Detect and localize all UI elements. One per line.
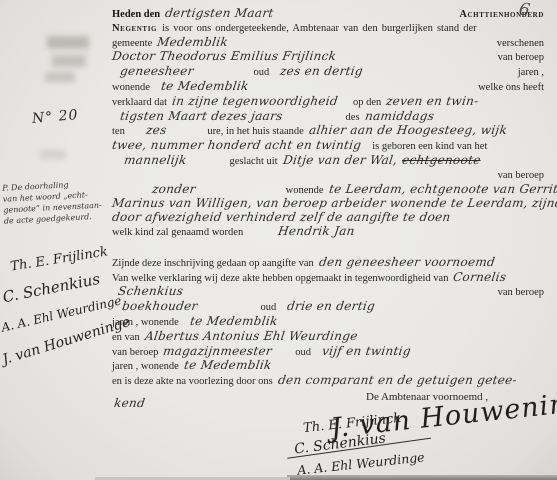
body-line: geneesheeroudzes en dertigjaren , [112,65,544,80]
handwritten-text: twee, nummer honderd acht en twintig [111,139,362,153]
body-line: verklaard datin zijne tegenwoordigheidop… [112,95,544,110]
handwritten-text: Medemblik [156,36,229,50]
handwritten-text: te Medemblik [189,315,278,329]
handwritten-text: in zijne tegenwoordigheid [171,95,339,109]
printed-text: jaren , wonende [112,360,179,374]
handwritten-text: zonder [151,183,197,197]
handwritten-text: boekhouder [121,300,198,314]
printed-text: Zijnde deze inschrijving gedaan op aangi… [112,257,314,271]
handwritten-text: zes en dertig [279,65,364,79]
handwritten-text: zes [145,124,167,138]
handwritten-text: Ditje van der Wal, [282,154,398,168]
printed-text: oud [260,301,276,315]
handwritten-text: kend [113,397,146,411]
scan-bottom-shadow [287,475,557,480]
body-line: boekhouderouddrie en dertig [112,300,544,315]
handwritten-text: Hendrik Jan [277,225,356,239]
handwritten-text: echtgenoote [401,154,482,168]
printed-text: welke ons heeft [478,81,544,95]
handwritten-text: magazijnmeester [162,345,273,359]
printed-text: verschenen [497,37,544,51]
body-line: Schenkiusvan beroep [112,285,544,300]
handwritten-text: te Medemblik [160,80,249,94]
printed-text: en van [112,331,140,345]
printed-text: van beroep [498,51,544,65]
handwritten-text: mannelijk [123,154,187,168]
printed-text: oud [254,66,270,80]
body-line: mannelijkgeslacht uitDitje van der Wal,e… [112,154,544,169]
printed-text: jaren , [518,66,544,80]
handwritten-text: vijf en twintig [321,345,412,359]
body-line: en vanAlbertus Antonius Ehl Weurdinge [112,330,544,345]
scan-smudge [52,55,86,67]
printed-text: jaren , wonende [112,316,179,330]
handwritten-text: drie en dertig [286,300,376,314]
printed-text: Achttienhonderd [459,8,544,22]
handwritten-text: zeven en twin- [385,95,479,109]
handwritten-text: namiddags [364,110,435,124]
handwritten-text: tigsten Maart dezes jaars [119,110,283,124]
body-line: van beroep [112,169,544,183]
body-line: Zijnde deze inschrijving gedaan op aangi… [112,256,544,271]
printed-text: van beroep [498,169,544,183]
body-line: jaren , wonendete Medemblik [112,315,544,330]
body-line: Heden dendertigsten MaartAchttienhonderd [112,7,544,22]
body-line: wonendete Medemblikwelke ons heeft [112,80,544,95]
handwritten-text: Albertus Antonius Ehl Weurdinge [144,330,359,344]
printed-text: Negentig [112,22,157,36]
handwritten-text: dertigsten Maart [164,7,274,21]
printed-text: is geboren een kind van het [372,140,487,154]
printed-text: Heden den [112,8,160,22]
body-line: Negentigis voor ons ondergeteekende, Amb… [112,22,544,36]
body-line: twee, nummer honderd acht en twintigis g… [112,139,544,154]
body-line: door afwezigheid verhinderd zelf de aang… [112,211,544,225]
body-line: van beroepmagazijnmeesteroudvijf en twin… [112,345,544,360]
handwritten-text: alhier aan de Hoogesteeg, wijk [308,124,508,138]
deed-page: 6 N° 20 P. De doorhalingvan het woord „e… [0,0,557,480]
body-line: Doctor Theodorus Emilius Frijlinckvan be… [112,50,544,65]
printed-text: verklaard dat [112,96,167,110]
handwritten-text: Schenkius [117,285,184,299]
handwritten-text: te Leerdam, echtgenoote van Gerrit [328,183,557,197]
printed-text: welk kind zal genaamd worden [112,226,243,240]
printed-text: is voor ons ondergeteekende, Ambtenaar v… [162,22,477,36]
printed-text: en is deze akte na voorlezing door ons [112,375,273,389]
deed-body: Heden dendertigsten MaartAchttienhonderd… [112,7,544,411]
printed-text: van beroep [112,346,158,360]
body-line: tenzesure, in het huis staandealhier aan… [112,124,544,139]
act-number: N° 20 [31,107,79,127]
handwritten-text: Cornelis [452,271,507,285]
handwritten-text: door afwezigheid verhinderd zelf de aang… [111,211,451,225]
margin-note: P. De doorhalingvan het woord „echt-geno… [2,177,108,226]
handwritten-text: Doctor Theodorus Emilius Frijlinck [111,50,337,64]
printed-text: op den [353,96,381,110]
printed-text: van beroep [498,286,544,300]
scan-smudge [47,36,89,49]
handwritten-text: den comparant en de getuigen getee- [277,374,518,388]
body-line: en is deze akte na voorlezing door onsde… [112,374,544,389]
scan-smudge [40,150,66,159]
printed-text: oud [295,346,311,360]
body-line: welk kind zal genaamd wordenHendrik Jan [112,225,544,240]
scan-smudge [45,72,75,82]
handwritten-text: te Medemblik [183,359,272,373]
body-line: jaren , wonendete Medemblik [112,359,544,374]
printed-text: geslacht uit [229,155,277,169]
handwritten-text: den geneesheer voornoemd [318,256,496,270]
printed-text: wonende [112,81,150,95]
handwritten-text: geneesheer [119,65,194,79]
